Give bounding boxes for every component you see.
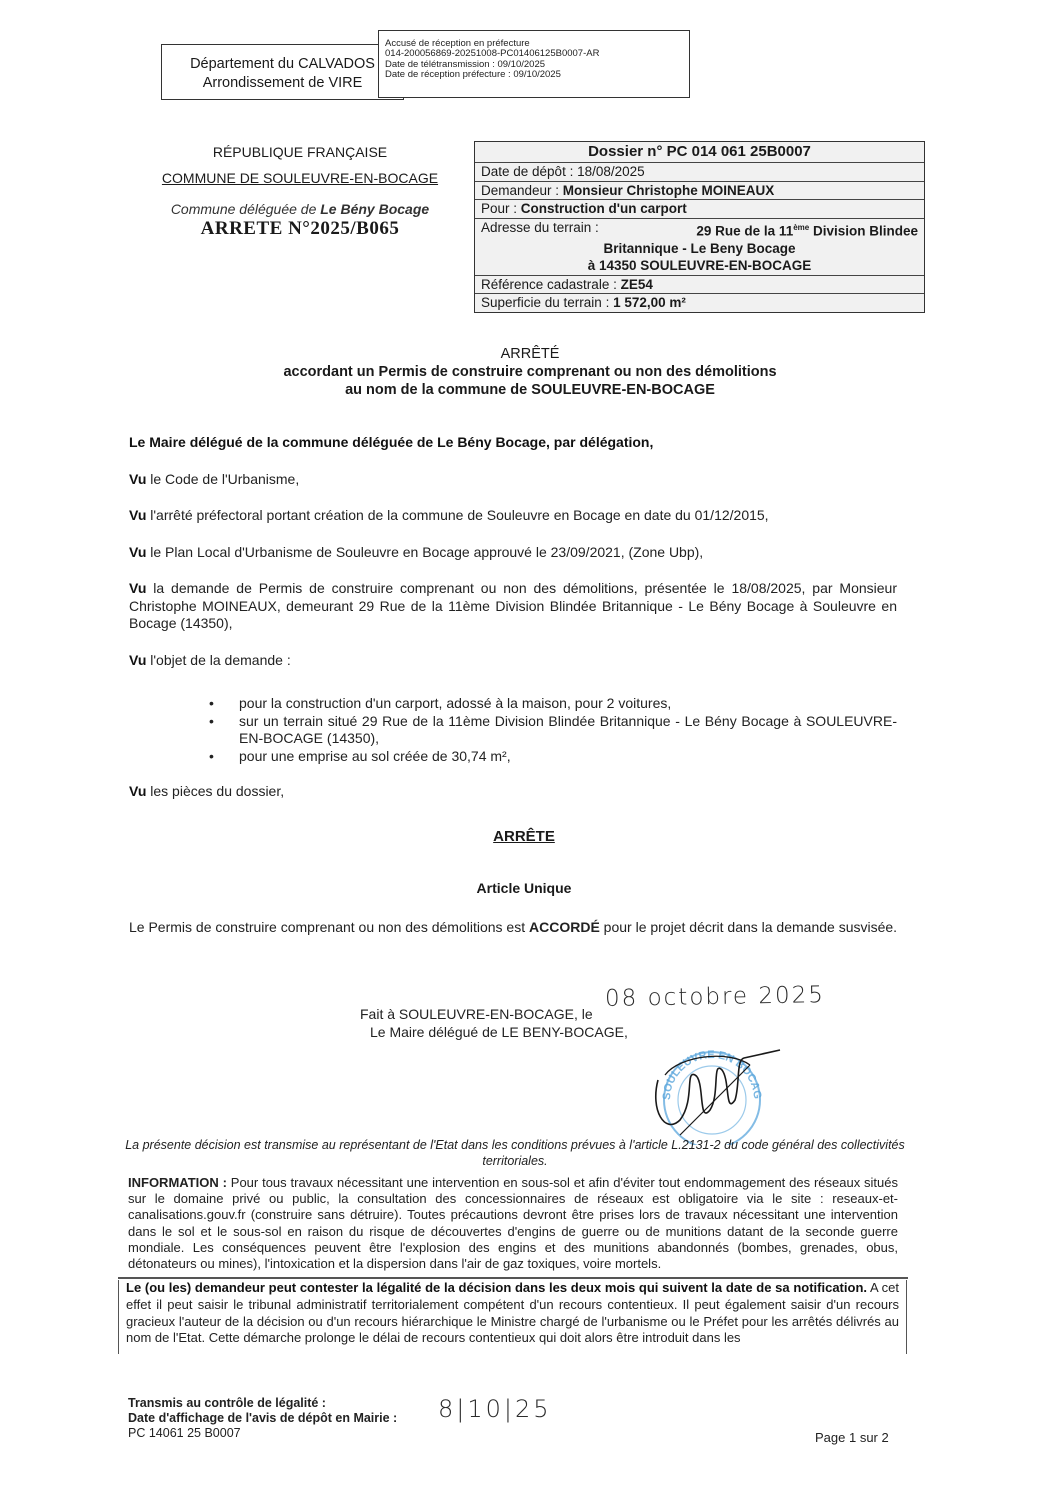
information-notice: INFORMATION : Pour tous travaux nécessit…: [128, 1175, 898, 1272]
decision-heading: ARRÊTE: [129, 828, 919, 845]
footer: Transmis au contrôle de légalité : Date …: [128, 1396, 397, 1441]
fait-a: Fait à SOULEUVRE-EN-BOCAGE, le: [360, 1005, 628, 1023]
objet-list: pour la construction d'un carport, adoss…: [129, 695, 897, 765]
receipt-reception-date: Date de réception préfecture : 09/10/202…: [385, 70, 689, 80]
footer-reference: PC 14061 25 B0007: [128, 1426, 397, 1441]
dossier-table: Dossier n° PC 014 061 25B0007 Date de dé…: [474, 141, 925, 313]
vu-code-urbanisme: Vu le Code de l'Urbanisme,: [129, 471, 897, 489]
vu-plu: Vu le Plan Local d'Urbanisme de Souleuvr…: [129, 544, 897, 562]
republic-heading: RÉPUBLIQUE FRANÇAISE: [130, 142, 470, 162]
adresse-line-1: Adresse du terrain : 29 Rue de la 11ème …: [481, 219, 918, 240]
dossier-row-demandeur: Demandeur : Monsieur Christophe MOINEAUX: [475, 181, 924, 200]
maire-statement: Le Maire délégué de la commune déléguée …: [129, 434, 897, 452]
objet-item: pour la construction d'un carport, adoss…: [239, 695, 897, 713]
prefecture-receipt-stamp: Accusé de réception en préfecture 014-20…: [378, 30, 690, 98]
official-seal-and-signature: SOULEUVRE EN BOCAGE: [640, 1030, 785, 1145]
objet-item: sur un terrain situé 29 Rue de la 11ème …: [239, 713, 897, 748]
title-commune: au nom de la commune de SOULEUVRE-EN-BOC…: [140, 381, 920, 399]
vu-pieces: Vu les pièces du dossier,: [129, 783, 897, 801]
vu-demande: Vu la demande de Permis de construire co…: [129, 580, 897, 633]
page-number: Page 1 sur 2: [815, 1430, 889, 1445]
handwritten-affichage-date: 8|10|25: [438, 1395, 552, 1423]
dossier-title: Dossier n° PC 014 061 25B0007: [475, 142, 924, 162]
objet-item: pour une emprise au sol créée de 30,74 m…: [239, 748, 897, 766]
dossier-row-adresse: Adresse du terrain : 29 Rue de la 11ème …: [475, 218, 924, 275]
footer-affichage: Date d'affichage de l'avis de dépôt en M…: [128, 1411, 397, 1426]
footer-transmis: Transmis au contrôle de légalité :: [128, 1396, 397, 1411]
title-subject: accordant un Permis de construire compre…: [140, 363, 920, 381]
adresse-line-3: à 14350 SOULEUVRE-EN-BOCAGE: [481, 257, 918, 275]
department-line: Département du CALVADOS: [162, 55, 403, 74]
recours-notice: Le (ou les) demandeur peut contester la …: [118, 1280, 907, 1354]
adresse-line-2: Britannique - Le Beny Bocage: [481, 240, 918, 258]
signatory-title: Le Maire délégué de LE BENY-BOCAGE,: [360, 1023, 628, 1041]
handwritten-date: 08 octobre 2025: [605, 982, 825, 1012]
commune-deleguee: Commune déléguée de Le Bény Bocage: [130, 200, 470, 218]
seal-icon: SOULEUVRE EN BOCAGE: [640, 1030, 785, 1145]
dossier-row-superficie: Superficie du terrain : 1 572,00 m²: [475, 293, 924, 312]
commune-heading: COMMUNE DE SOULEUVRE-EN-BOCAGE: [130, 168, 470, 188]
department-box: Département du CALVADOS Arrondissement d…: [161, 44, 404, 100]
transmission-notice: La présente décision est transmise au re…: [120, 1137, 910, 1169]
title-arrete: ARRÊTÉ: [140, 345, 920, 363]
dossier-row-cadastre: Référence cadastrale : ZE54: [475, 275, 924, 294]
dossier-row-depot: Date de dépôt : 18/08/2025: [475, 162, 924, 181]
title-block: RÉPUBLIQUE FRANÇAISE COMMUNE DE SOULEUVR…: [130, 140, 470, 240]
section-divider: [118, 1277, 908, 1279]
vu-arrete-prefectoral: Vu l'arrêté préfectoral portant création…: [129, 507, 897, 525]
dossier-row-pour: Pour : Construction d'un carport: [475, 199, 924, 218]
arrete-number: ARRETE N°2025/B065: [130, 218, 470, 240]
document-body: Le Maire délégué de la commune déléguée …: [129, 434, 897, 820]
vu-objet: Vu l'objet de la demande :: [129, 652, 897, 670]
article-heading: Article Unique: [129, 880, 919, 896]
arrondissement-line: Arrondissement de VIRE: [162, 74, 403, 93]
decision-text: Le Permis de construire comprenant ou no…: [129, 918, 899, 936]
document-title: ARRÊTÉ accordant un Permis de construire…: [140, 345, 920, 399]
signature-block: Fait à SOULEUVRE-EN-BOCAGE, le Le Maire …: [360, 1005, 628, 1041]
